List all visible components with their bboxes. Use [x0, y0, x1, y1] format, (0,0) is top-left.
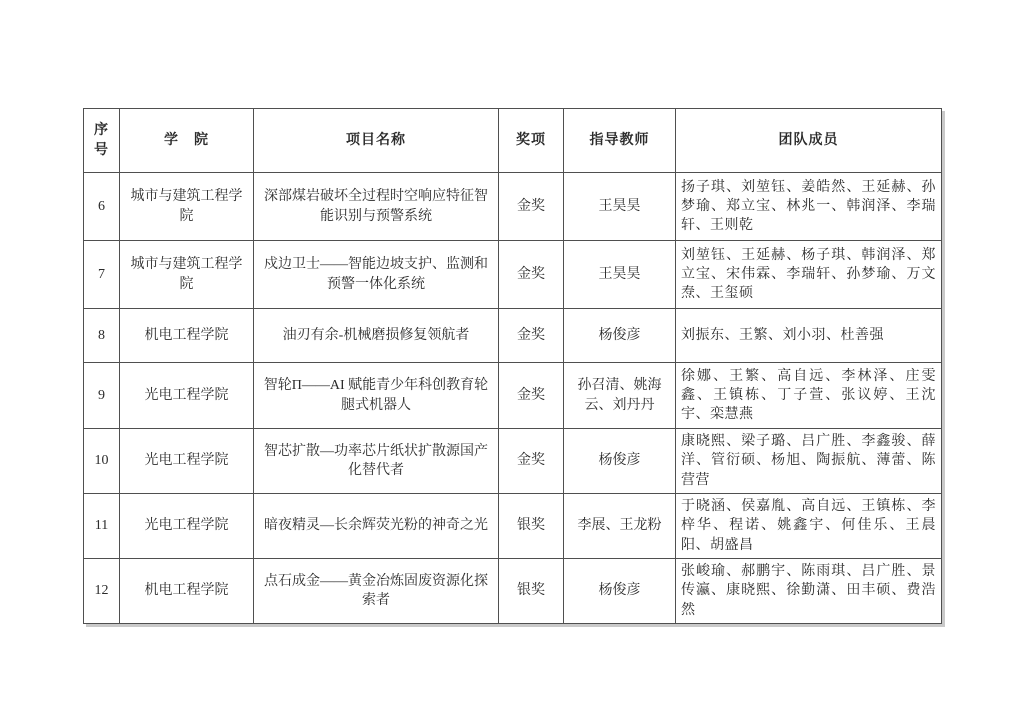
cell-seq: 6 — [84, 173, 120, 241]
cell-project: 暗夜精灵—长余辉荧光粉的神奇之光 — [254, 493, 499, 558]
cell-team: 徐娜、王繁、高自远、李林泽、庄雯鑫、王镇栋、丁子萱、张议婷、王沈宇、栾慧燕 — [676, 363, 942, 429]
cell-award: 金奖 — [499, 429, 564, 494]
table-row: 10 光电工程学院 智芯扩散—功率芯片纸状扩散源国产化替代者 金奖 杨俊彦 康晓… — [84, 429, 942, 494]
cell-project: 戍边卫士——智能边坡支护、监测和预警一体化系统 — [254, 241, 499, 309]
cell-team: 张峻瑜、郝鹏宇、陈雨琪、吕广胜、景传瀛、康晓熙、徐勤潇、田丰硕、费浩然 — [676, 558, 942, 623]
cell-award: 金奖 — [499, 241, 564, 309]
header-cell-teacher: 指导教师 — [564, 109, 676, 173]
cell-teacher: 王昊昊 — [564, 173, 676, 241]
cell-teacher: 李展、王龙粉 — [564, 493, 676, 558]
cell-award: 金奖 — [499, 363, 564, 429]
cell-teacher: 杨俊彦 — [564, 309, 676, 363]
cell-award: 金奖 — [499, 309, 564, 363]
cell-project: 点石成金——黄金冶炼固废资源化探索者 — [254, 558, 499, 623]
cell-team: 康晓熙、梁子璐、吕广胜、李鑫骏、薛洋、管衍硕、杨旭、陶振航、薄蕾、陈营营 — [676, 429, 942, 494]
cell-project: 智芯扩散—功率芯片纸状扩散源国产化替代者 — [254, 429, 499, 494]
cell-award: 金奖 — [499, 173, 564, 241]
cell-college: 光电工程学院 — [120, 493, 254, 558]
header-cell-award: 奖项 — [499, 109, 564, 173]
cell-college: 光电工程学院 — [120, 363, 254, 429]
header-cell-team: 团队成员 — [676, 109, 942, 173]
awards-table: 序号 学 院 项目名称 奖项 指导教师 团队成员 6 城市与建筑工程学院 深部煤… — [83, 108, 942, 624]
cell-college: 光电工程学院 — [120, 429, 254, 494]
cell-college: 城市与建筑工程学院 — [120, 241, 254, 309]
header-row: 序号 学 院 项目名称 奖项 指导教师 团队成员 — [84, 109, 942, 173]
table-row: 9 光电工程学院 智轮Π——AI 赋能青少年科创教育轮腿式机器人 金奖 孙召清、… — [84, 363, 942, 429]
cell-project: 深部煤岩破坏全过程时空响应特征智能识别与预警系统 — [254, 173, 499, 241]
table-row: 12 机电工程学院 点石成金——黄金冶炼固废资源化探索者 银奖 杨俊彦 张峻瑜、… — [84, 558, 942, 623]
cell-team: 刘堃钰、王延赫、杨子琪、韩润泽、郑立宝、宋伟霖、李瑞轩、孙梦瑜、万文焘、王玺硕 — [676, 241, 942, 309]
cell-project: 智轮Π——AI 赋能青少年科创教育轮腿式机器人 — [254, 363, 499, 429]
cell-teacher: 王昊昊 — [564, 241, 676, 309]
cell-project: 油刃有余-机械磨损修复领航者 — [254, 309, 499, 363]
cell-college: 机电工程学院 — [120, 309, 254, 363]
header-cell-college: 学 院 — [120, 109, 254, 173]
cell-award: 银奖 — [499, 493, 564, 558]
cell-team: 于晓涵、侯嘉胤、高自远、王镇栋、李梓华、程诺、姚鑫宇、何佳乐、王晨阳、胡盛昌 — [676, 493, 942, 558]
cell-seq: 10 — [84, 429, 120, 494]
cell-seq: 12 — [84, 558, 120, 623]
table-row: 11 光电工程学院 暗夜精灵—长余辉荧光粉的神奇之光 银奖 李展、王龙粉 于晓涵… — [84, 493, 942, 558]
cell-team: 扬子琪、刘堃钰、姜皓然、王延赫、孙梦瑜、郑立宝、林兆一、韩润泽、李瑞轩、王则乾 — [676, 173, 942, 241]
cell-college: 机电工程学院 — [120, 558, 254, 623]
cell-seq: 9 — [84, 363, 120, 429]
table-row: 7 城市与建筑工程学院 戍边卫士——智能边坡支护、监测和预警一体化系统 金奖 王… — [84, 241, 942, 309]
cell-teacher: 孙召清、姚海云、刘丹丹 — [564, 363, 676, 429]
table-row: 6 城市与建筑工程学院 深部煤岩破坏全过程时空响应特征智能识别与预警系统 金奖 … — [84, 173, 942, 241]
table-row: 8 机电工程学院 油刃有余-机械磨损修复领航者 金奖 杨俊彦 刘振东、王繁、刘小… — [84, 309, 942, 363]
cell-team: 刘振东、王繁、刘小羽、杜善强 — [676, 309, 942, 363]
cell-seq: 11 — [84, 493, 120, 558]
cell-teacher: 杨俊彦 — [564, 429, 676, 494]
cell-teacher: 杨俊彦 — [564, 558, 676, 623]
cell-award: 银奖 — [499, 558, 564, 623]
header-cell-seq: 序号 — [84, 109, 120, 173]
header-cell-project: 项目名称 — [254, 109, 499, 173]
cell-seq: 7 — [84, 241, 120, 309]
cell-seq: 8 — [84, 309, 120, 363]
document-page: 序号 学 院 项目名称 奖项 指导教师 团队成员 6 城市与建筑工程学院 深部煤… — [0, 0, 1024, 724]
cell-college: 城市与建筑工程学院 — [120, 173, 254, 241]
